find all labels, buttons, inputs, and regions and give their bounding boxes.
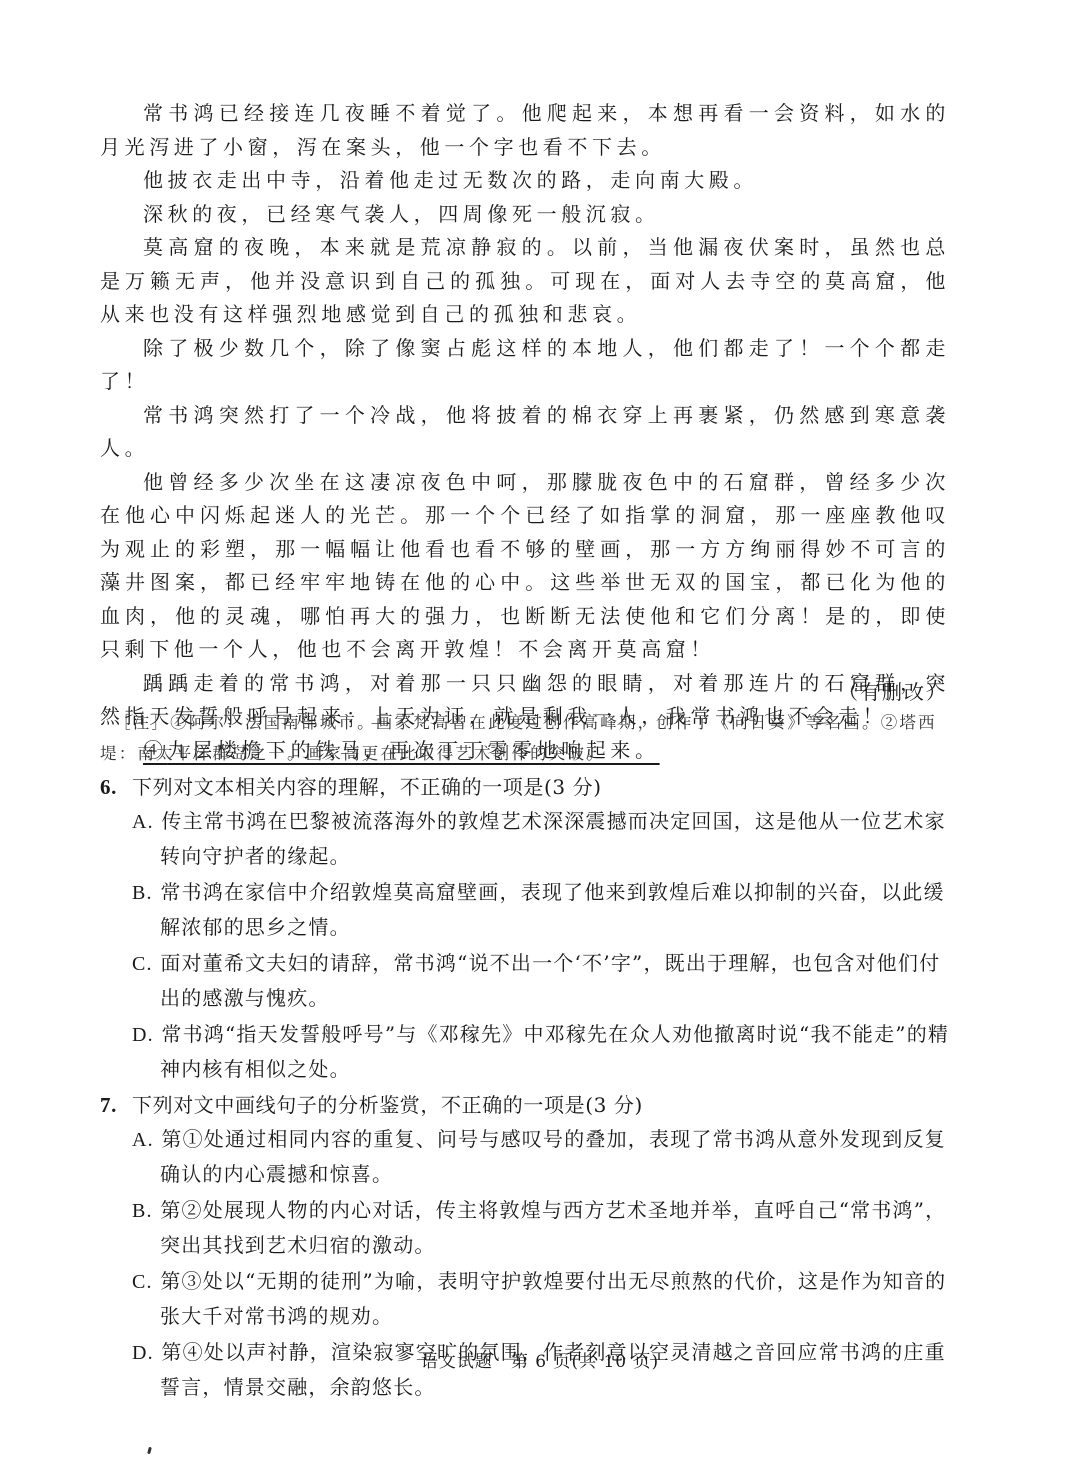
option-text: 第①处通过相同内容的重复、问号与感叹号的叠加，表现了常书鸿从意外发现到反复确认的…	[160, 1127, 946, 1186]
option-label: B.	[132, 882, 153, 904]
page-footer: 语文试题 第 6 页(共 10 页)	[0, 1347, 1080, 1372]
question-stem: 6. 下列对文本相关内容的理解，不正确的一项是(3 分)	[100, 770, 950, 804]
option-label: C.	[132, 1271, 153, 1293]
option-b[interactable]: B. 常书鸿在家信中介绍敦煌莫高窟壁画，表现了他来到敦煌后难以抑制的兴奋，以此缓…	[132, 875, 950, 944]
option-label: D.	[132, 1024, 154, 1046]
option-label: B.	[132, 1200, 153, 1222]
option-text: 常书鸿“指天发誓般呼号”与《邓稼先》中邓稼先在众人劝他撤离时说“我不能走”的精神…	[160, 1022, 949, 1081]
reading-passage: 常书鸿已经接连几夜睡不着觉了。他爬起来，本想再看一会资料，如水的月光泻进了小窗，…	[100, 97, 950, 767]
option-text: 面对董希文夫妇的请辞，常书鸿“说不出一个‘不’字”，既出于理解，也包含对他们付出…	[160, 951, 940, 1010]
annotation-note: ［注］①阿尔：法国南部城市。画家梵高曾在此度过创作高峰期，创作了《向日葵》等名画…	[100, 707, 950, 769]
question-number: 6.	[100, 770, 132, 804]
exam-page: 常书鸿已经接连几夜睡不着觉了。他爬起来，本想再看一会资料，如水的月光泻进了小窗，…	[0, 0, 1080, 1471]
passage-paragraph: 他披衣走出中寺，沿着他走过无数次的路，走向南大殿。	[100, 164, 950, 198]
option-a[interactable]: A. 第①处通过相同内容的重复、问号与感叹号的叠加，表现了常书鸿从意外发现到反复…	[132, 1122, 950, 1191]
question-stem: 7. 下列对文中画线句子的分析鉴赏，不正确的一项是(3 分)	[100, 1088, 950, 1122]
option-text: 常书鸿在家信中介绍敦煌莫高窟壁画，表现了他来到敦煌后难以抑制的兴奋，以此缓解浓郁…	[160, 880, 945, 939]
option-c[interactable]: C. 第③处以“无期的徒刑”为喻，表明守护敦煌要付出无尽煎熬的代价，这是作为知音…	[132, 1264, 950, 1333]
option-label: A.	[132, 1129, 154, 1151]
option-text: 第③处以“无期的徒刑”为喻，表明守护敦煌要付出无尽煎熬的代价，这是作为知音的张大…	[160, 1269, 946, 1328]
scan-speck	[147, 1447, 152, 1455]
passage-paragraph: 他曾经多少次坐在这凄凉夜色中呵，那朦胧夜色中的石窟群，曾经多少次在他心中闪烁起迷…	[100, 466, 950, 667]
option-label: C.	[132, 953, 153, 975]
passage-paragraph: 深秋的夜，已经寒气袭人，四周像死一般沉寂。	[100, 198, 950, 232]
passage-paragraph: 除了极少数几个，除了像窦占彪这样的本地人，他们都走了！一个个都走了！	[100, 332, 950, 399]
option-c[interactable]: C. 面对董希文夫妇的请辞，常书鸿“说不出一个‘不’字”，既出于理解，也包含对他…	[132, 946, 950, 1015]
option-a[interactable]: A. 传主常书鸿在巴黎被流落海外的敦煌艺术深深震撼而决定回国，这是他从一位艺术家…	[132, 804, 950, 873]
question-6: 6. 下列对文本相关内容的理解，不正确的一项是(3 分) A. 传主常书鸿在巴黎…	[100, 770, 950, 1086]
question-list: 6. 下列对文本相关内容的理解，不正确的一项是(3 分) A. 传主常书鸿在巴黎…	[100, 770, 950, 1406]
passage-paragraph: 常书鸿突然打了一个冷战，他将披着的棉衣穿上再裹紧，仍然感到寒意袭人。	[100, 399, 950, 466]
option-b[interactable]: B. 第②处展现人物的内心对话，传主将敦煌与西方艺术圣地并举，直呼自己“常书鸿”…	[132, 1193, 950, 1262]
question-number: 7.	[100, 1088, 132, 1122]
source-note: （有删改）	[838, 676, 948, 705]
option-label: A.	[132, 811, 154, 833]
option-text: 传主常书鸿在巴黎被流落海外的敦煌艺术深深震撼而决定回国，这是他从一位艺术家转向守…	[160, 809, 946, 868]
passage-paragraph: 常书鸿已经接连几夜睡不着觉了。他爬起来，本想再看一会资料，如水的月光泻进了小窗，…	[100, 97, 950, 164]
option-text: 第②处展现人物的内心对话，传主将敦煌与西方艺术圣地并举，直呼自己“常书鸿”，突出…	[160, 1198, 946, 1257]
question-text: 下列对文本相关内容的理解，不正确的一项是(3 分)	[132, 770, 602, 804]
option-d[interactable]: D. 常书鸿“指天发誓般呼号”与《邓稼先》中邓稼先在众人劝他撤离时说“我不能走”…	[132, 1017, 950, 1086]
question-text: 下列对文中画线句子的分析鉴赏，不正确的一项是(3 分)	[132, 1088, 643, 1122]
passage-paragraph: 莫高窟的夜晚，本来就是荒凉静寂的。以前，当他漏夜伏案时，虽然也总是万籁无声，他并…	[100, 231, 950, 332]
